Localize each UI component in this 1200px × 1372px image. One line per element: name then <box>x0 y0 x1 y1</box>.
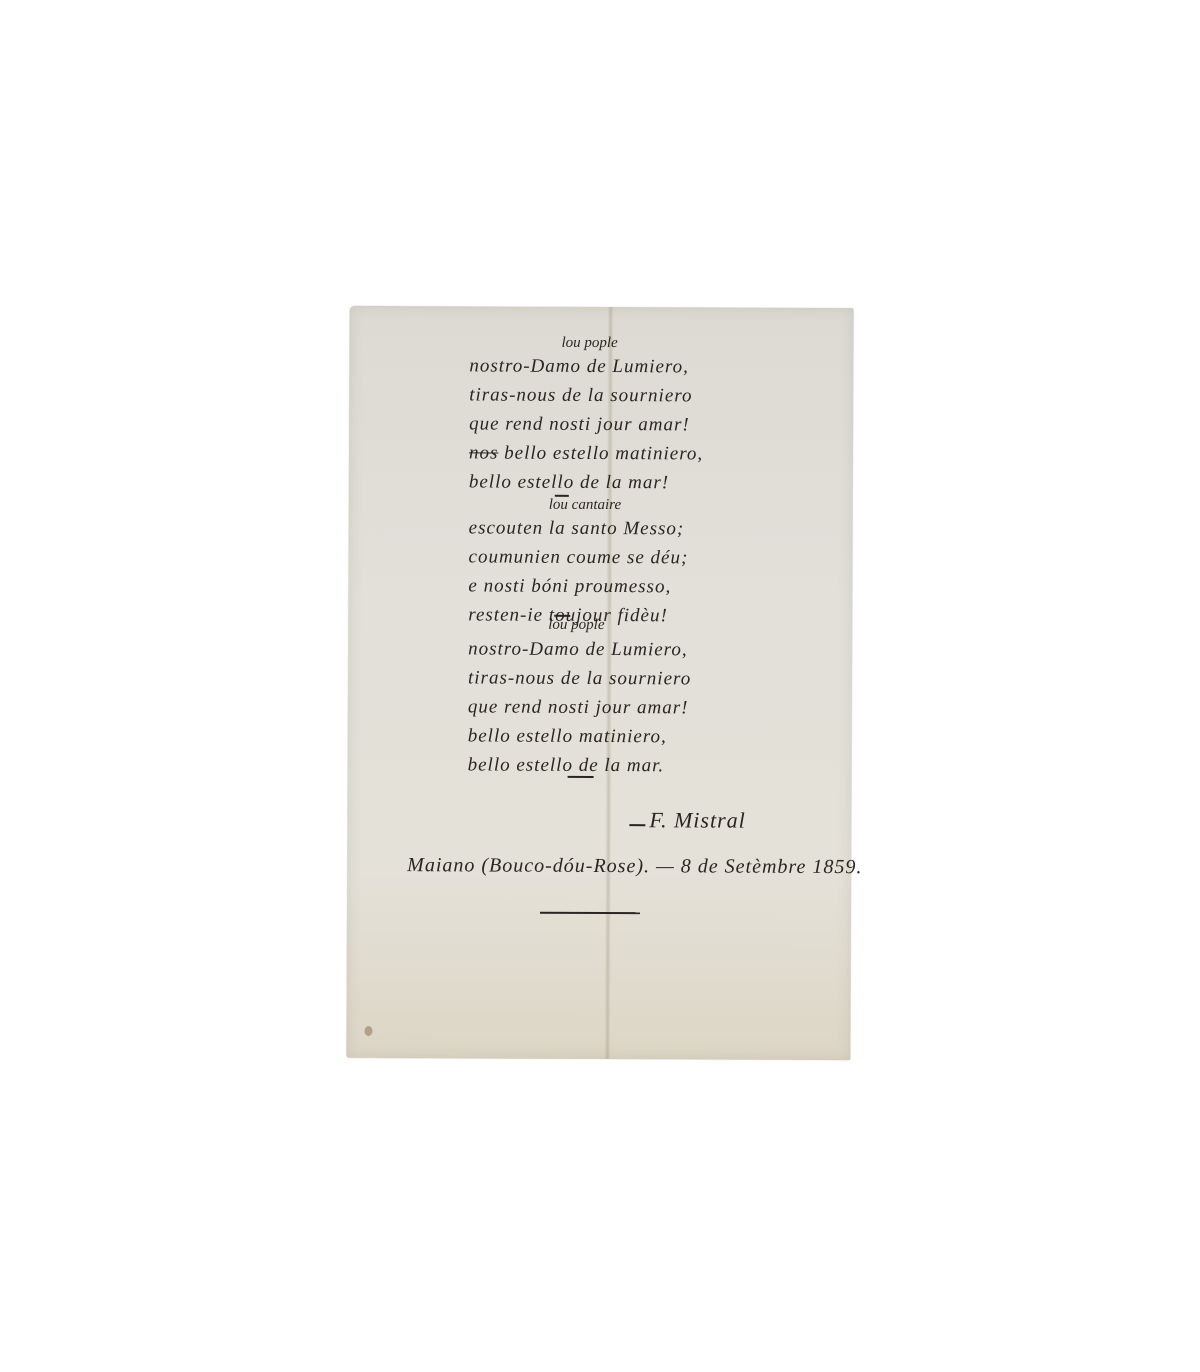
signature: F. Mistral <box>649 807 746 833</box>
stanza-2: escouten la santo Messo; coumunien coume… <box>468 513 688 630</box>
verse-line: nostro-Damo de Lumiero, <box>469 351 703 381</box>
stanza-heading: lou pople <box>561 335 617 352</box>
stanza-heading: lou cantaire <box>549 497 621 514</box>
verse-line: nos bello estello matiniero, <box>469 438 703 468</box>
signature-dash <box>629 824 645 826</box>
stanza-1: nostro-Damo de Lumiero, tiras-nous de la… <box>469 351 704 497</box>
verse-line: bello estello de la mar! <box>469 467 703 497</box>
dateline: Maiano (Bouco-dóu-Rose). — 8 de Setèmbre… <box>407 854 862 879</box>
verse-line: coumunien coume se déu; <box>468 542 688 572</box>
verse-line: tiras-nous de la sourniero <box>469 380 703 410</box>
manuscript-page: lou pople nostro-Damo de Lumiero, tiras-… <box>346 306 853 1060</box>
section-dash <box>568 776 594 778</box>
verse-line: tiras-nous de la sourniero <box>468 663 691 693</box>
closing-rule <box>540 912 640 914</box>
manuscript-text: lou pople nostro-Damo de Lumiero, tiras-… <box>346 306 853 1060</box>
verse-line: escouten la santo Messo; <box>469 513 689 543</box>
verse-line: bello estello matiniero, <box>468 721 691 751</box>
stanza-3: nostro-Damo de Lumiero, tiras-nous de la… <box>468 634 692 780</box>
struck-word: nos <box>469 442 498 463</box>
verse-line: nostro-Damo de Lumiero, <box>468 634 691 664</box>
verse-line: que rend nosti jour amar! <box>469 409 703 439</box>
stanza-heading: lou pople <box>548 617 604 634</box>
verse-line: e nosti bóni proumesso, <box>468 571 688 601</box>
verse-line: que rend nosti jour amar! <box>468 692 691 722</box>
